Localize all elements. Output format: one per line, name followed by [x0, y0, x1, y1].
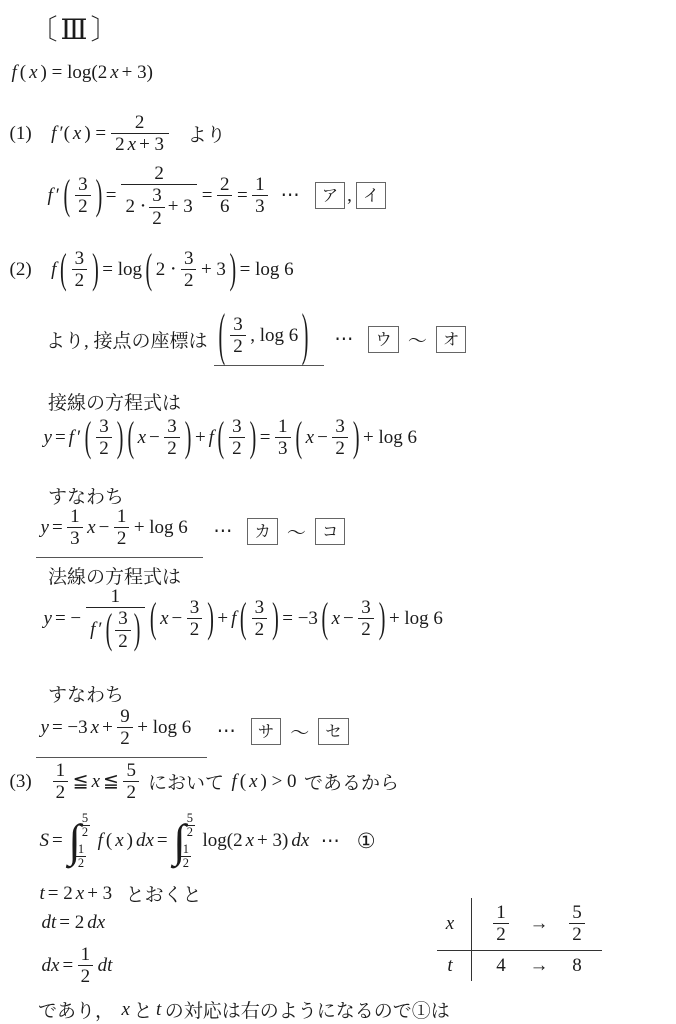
numerator: 3 — [149, 185, 165, 206]
math-token: − — [172, 608, 183, 630]
math-token: y — [44, 427, 52, 449]
circled-one: ① — [357, 829, 376, 854]
denominator: 2 — [96, 437, 112, 459]
fraction: 2 2 x + 3 — [111, 112, 169, 156]
part-label: (1) — [10, 123, 32, 145]
math-token: , — [347, 185, 352, 207]
denominator: 2 — [493, 923, 509, 945]
denominator: 2 — [164, 437, 180, 459]
denominator: 2 — [358, 618, 374, 640]
leq-sign: ≦ — [73, 770, 89, 793]
math-token: ( — [20, 62, 26, 84]
math-token: ) > 0 — [261, 771, 297, 793]
math-token: ) — [127, 830, 133, 852]
right-paren: ) — [250, 417, 257, 459]
math-token: = — [237, 185, 248, 207]
math-token: + — [217, 608, 228, 630]
math-token: + log 6 — [363, 427, 417, 449]
math-token: ) = — [84, 123, 106, 145]
integral: ∫ 5 2 1 2 — [68, 812, 92, 870]
math-token: x — [138, 427, 146, 449]
fraction: 1 2 — [493, 902, 509, 946]
fraction: 3 2 — [115, 608, 131, 652]
math-token: − — [149, 427, 160, 449]
denominator: 2 — [53, 781, 69, 803]
math-token: 2 ⋅ — [156, 258, 177, 281]
answer-box: コ — [315, 518, 346, 545]
right-paren: ) — [92, 249, 99, 291]
fraction: 1 2 — [114, 506, 130, 550]
math-token: , log 6 — [250, 325, 298, 347]
numerator: 2 — [132, 112, 148, 133]
math-token: t — [156, 999, 161, 1021]
underlined-answer: ( 3 2 , log 6 ) — [214, 314, 325, 366]
arrow-right-icon: → — [520, 913, 558, 935]
math-token: x — [87, 517, 95, 539]
numerator: 3 — [75, 174, 91, 195]
fraction: 3 2 — [181, 248, 197, 292]
table-cell: 1 2 — [482, 902, 520, 946]
math-token: f — [48, 185, 53, 207]
math-token: + 3 — [139, 134, 164, 155]
math-token: y — [44, 608, 52, 630]
fraction: 1 3 — [252, 174, 268, 218]
math-token: = −3 — [282, 608, 318, 630]
part2-value-line: (2) f ( 3 2 ) = log ( 2 ⋅ 3 2 + 3 ) = lo… — [8, 248, 295, 292]
fraction: 3 2 — [187, 597, 203, 641]
math-token: x — [29, 62, 37, 84]
math-token: = — [52, 517, 63, 539]
dt-line: dt = 2 dx — [40, 912, 107, 934]
math-token: dx — [291, 830, 309, 852]
math-token: + log 6 — [134, 517, 188, 539]
part1-derivative-line: (1) f ′( x ) = 2 2 x + 3 より — [8, 112, 232, 156]
math-token: + log 6 — [389, 608, 443, 630]
left-paren: ( — [106, 609, 113, 651]
denominator: 2 — [230, 335, 246, 357]
fraction: 1 2 — [53, 760, 69, 804]
part3-domain-line: (3) 1 2 ≦ x ≦ 5 2 において f ( x ) > 0 であるから — [8, 760, 405, 804]
arrow-right-icon: → — [520, 955, 558, 977]
normal-equation: y = − 1 f ′ ( 3 2 ) ( x − 3 2 ) + f ( — [42, 586, 444, 652]
numerator: 5 — [80, 812, 90, 825]
numerator: 2 — [217, 174, 233, 195]
fraction: 3 2 — [230, 314, 246, 358]
left-paren: ( — [63, 175, 70, 217]
denominator: 2 — [115, 630, 131, 652]
denominator: 3 — [275, 437, 291, 459]
table-cell: 8 — [558, 955, 596, 977]
math-token: = log 6 — [240, 259, 294, 281]
left-paren: ( — [321, 598, 328, 640]
math-token: = 2 — [48, 883, 73, 905]
math-token: = — [52, 830, 63, 852]
tilde-range: ～ — [408, 326, 427, 353]
numerator: 5 — [185, 812, 195, 825]
table-var-t: t — [437, 951, 472, 981]
denominator: 2 — [229, 437, 245, 459]
left-paren: ( — [85, 417, 92, 459]
tilde-range: ～ — [290, 718, 309, 745]
table-cell: 5 2 — [558, 902, 596, 946]
right-paren: ) — [379, 598, 386, 640]
math-token: x — [160, 608, 168, 630]
left-paren: ( — [296, 417, 303, 459]
answer-box: イ — [356, 182, 387, 209]
answer-box: セ — [318, 718, 349, 745]
denominator: 3 — [67, 527, 83, 549]
numerator: 1 — [493, 902, 509, 923]
jp-text: より — [188, 120, 226, 147]
math-token: ( — [106, 830, 112, 852]
numerator: 3 — [181, 248, 197, 269]
integral-lower-bound: 1 2 — [181, 843, 191, 870]
section-heading-text: 〔Ⅲ〕 — [30, 8, 122, 48]
table-cell: 4 — [482, 955, 520, 977]
math-token: f — [90, 619, 95, 640]
tangent-caption: 接線の方程式は — [42, 388, 187, 415]
math-token: + 3) — [122, 62, 153, 84]
fraction: 1 2 — [78, 944, 94, 988]
math-token: dx — [136, 830, 154, 852]
denominator: 2 — [75, 195, 91, 217]
math-token: + 3) — [257, 830, 288, 852]
math-token: S — [40, 830, 50, 852]
math-token: ) = log(2 — [41, 62, 108, 84]
denominator: 2 — [72, 269, 88, 291]
table-values-x: 1 2 → 5 2 — [472, 898, 602, 950]
math-token: ′( — [59, 123, 69, 145]
math-token: = −3 — [52, 717, 88, 739]
math-token: 2 ⋅ — [126, 196, 147, 217]
math-token: x — [73, 123, 81, 145]
answer-box: ウ — [368, 326, 399, 353]
denominator: 2 x + 3 — [111, 133, 169, 155]
numerator: 5 — [123, 760, 139, 781]
ellipsis-dots: ⋯ — [281, 184, 301, 207]
numerator: 3 — [72, 248, 88, 269]
jp-text: であるから — [304, 768, 399, 795]
section-heading: 〔Ⅲ〕 — [28, 8, 123, 48]
numerator: 3 — [332, 416, 348, 437]
denominator: 2 — [332, 437, 348, 459]
integral-lower-bound: 1 2 — [76, 843, 86, 870]
table-var-x: x — [437, 898, 472, 950]
integral: ∫ 5 2 1 2 — [173, 812, 197, 870]
jp-text: 接線の方程式は — [48, 388, 181, 415]
denominator: 2 — [181, 856, 191, 870]
math-token: = log — [102, 259, 142, 281]
jp-text: すなわち — [48, 482, 124, 509]
math-token: + 3 — [87, 883, 112, 905]
math-token: x — [92, 771, 100, 793]
function-definition: f ( x ) = log(2 x + 3) — [10, 62, 154, 84]
numerator: 2 — [151, 163, 167, 184]
numerator: 1 — [275, 416, 291, 437]
part-label: (2) — [10, 259, 32, 281]
math-token: ( — [240, 771, 246, 793]
numerator: 3 — [96, 416, 112, 437]
numerator: 3 — [164, 416, 180, 437]
right-paren: ) — [353, 417, 360, 459]
integral-upper-bound: 5 2 — [185, 812, 195, 839]
tangent-equation: y = f ′ ( 3 2 ) ( x − 3 2 ) + f ( 3 2 ) … — [42, 416, 419, 460]
numerator: 1 — [76, 843, 86, 856]
denominator: 2 — [114, 527, 130, 549]
math-token: = — [260, 427, 271, 449]
math-token: dx — [87, 912, 105, 934]
math-token: x — [115, 830, 123, 852]
fraction: 3 2 — [332, 416, 348, 460]
math-token: f — [98, 830, 103, 852]
substitution-line: t = 2 x + 3 とおくと — [38, 880, 208, 907]
math-token: f — [231, 608, 236, 630]
correspondence-table: x 1 2 → 5 2 t 4 — [437, 898, 602, 981]
numerator: 3 — [115, 608, 131, 629]
left-paren: ( — [127, 417, 134, 459]
right-paren: ) — [229, 249, 236, 291]
part2-point-line: より, 接点の座標は ( 3 2 , log 6 ) ⋯ ウ ～ オ — [40, 314, 470, 366]
integral-upper-bound: 5 2 — [80, 812, 90, 839]
denominator: 2 — [117, 727, 133, 749]
math-token: = − — [55, 608, 81, 630]
math-solution-page: 〔Ⅲ〕 f ( x ) = log(2 x + 3) (1) f ′( x ) … — [0, 0, 676, 1024]
math-token: dt — [42, 912, 57, 934]
math-token: f — [51, 123, 56, 145]
dx-line: dx = 1 2 dt — [40, 944, 114, 988]
denominator: 2 — [569, 923, 585, 945]
math-token: f — [69, 427, 74, 449]
math-token: = — [106, 185, 117, 207]
math-token: x — [91, 717, 99, 739]
jp-text: の対応は右のようになるので①は — [165, 996, 450, 1023]
math-token: − — [99, 517, 110, 539]
math-token: = — [202, 185, 213, 207]
left-paren: ( — [240, 598, 247, 640]
numerator: 1 — [114, 506, 130, 527]
math-token: + 3 — [168, 196, 193, 217]
numerator: 5 — [569, 902, 585, 923]
denominator: 2 — [187, 618, 203, 640]
right-paren: ) — [272, 598, 279, 640]
fraction: 9 2 — [117, 706, 133, 750]
fraction: 5 2 — [123, 760, 139, 804]
fraction: 3 2 — [229, 416, 245, 460]
math-token: f — [231, 771, 236, 793]
integral-bounds: 5 2 1 2 — [78, 812, 88, 870]
fraction: 1 f ′ ( 3 2 ) — [86, 586, 145, 652]
fraction: 2 6 — [217, 174, 233, 218]
answer-box: サ — [251, 718, 282, 745]
math-token: x — [332, 608, 340, 630]
math-token: x — [76, 883, 84, 905]
right-paren: ) — [117, 417, 124, 459]
numerator: 3 — [229, 416, 245, 437]
right-paren: ) — [96, 175, 103, 217]
fraction: 3 2 — [149, 185, 165, 229]
table-row-t: t 4 → 8 — [437, 951, 602, 981]
math-token: f — [12, 62, 17, 84]
math-token: = 2 — [59, 912, 84, 934]
math-token: + — [102, 717, 113, 739]
math-token: 2 — [115, 134, 125, 155]
jp-text: 法線の方程式は — [48, 562, 181, 589]
numerator: 1 — [252, 174, 268, 195]
math-token: dt — [98, 955, 113, 977]
math-token: x — [110, 62, 118, 84]
numerator: 1 — [108, 586, 124, 607]
fraction: 2 2 ⋅ 3 2 + 3 — [121, 163, 197, 229]
denominator: 2 — [123, 781, 139, 803]
fraction: 3 2 — [75, 174, 91, 218]
answer-box: カ — [247, 518, 278, 545]
denominator: 2 — [78, 965, 94, 987]
denominator: f ′ ( 3 2 ) — [86, 607, 145, 652]
jp-text: と — [133, 996, 152, 1023]
prime-mark: ′ — [98, 619, 102, 640]
denominator: 2 — [80, 825, 90, 839]
left-paren: ( — [219, 307, 226, 365]
numerator: 3 — [358, 597, 374, 618]
left-paren: ( — [146, 249, 153, 291]
fraction: 1 3 — [275, 416, 291, 460]
fraction: 3 2 — [252, 597, 268, 641]
left-paren: ( — [217, 417, 224, 459]
right-paren: ) — [134, 609, 141, 651]
denominator: 2 — [181, 269, 197, 291]
jp-text: であり， — [38, 996, 114, 1023]
left-paren: ( — [150, 598, 157, 640]
left-paren: ( — [60, 249, 67, 291]
answer-box: ア — [315, 182, 346, 209]
fraction: 3 2 — [164, 416, 180, 460]
math-token: x — [122, 999, 130, 1021]
numerator: 1 — [78, 944, 94, 965]
underlined-answer: y = 1 3 x − 1 2 + log 6 — [36, 506, 203, 558]
math-token: = — [62, 955, 73, 977]
part-label: (3) — [10, 771, 32, 793]
table-row-x: x 1 2 → 5 2 — [437, 898, 602, 951]
right-paren: ) — [185, 417, 192, 459]
sunawachi-caption: すなわち — [42, 680, 130, 707]
math-token: x — [246, 830, 254, 852]
normal-caption: 法線の方程式は — [42, 562, 187, 589]
math-token: dx — [42, 955, 60, 977]
fraction: 5 2 — [569, 902, 585, 946]
sunawachi-caption: すなわち — [42, 482, 130, 509]
math-token: f — [51, 259, 56, 281]
math-token: + log 6 — [137, 717, 191, 739]
tilde-range: ～ — [287, 518, 306, 545]
denominator: 2 ⋅ 3 2 + 3 — [121, 184, 197, 229]
math-token: y — [41, 517, 49, 539]
ellipsis-dots: ⋯ — [217, 720, 237, 743]
right-paren: ) — [207, 598, 214, 640]
normal-result-line: y = −3 x + 9 2 + log 6 ⋯ サ ～ セ — [36, 706, 353, 758]
numerator: 1 — [53, 760, 69, 781]
fraction: 3 2 — [72, 248, 88, 292]
math-token: log(2 — [202, 830, 242, 852]
part3-integral-line: S = ∫ 5 2 1 2 f ( x ) dx = ∫ — [38, 812, 376, 870]
numerator: 3 — [230, 314, 246, 335]
denominator: 2 — [185, 825, 195, 839]
math-token: − — [343, 608, 354, 630]
denominator: 2 — [149, 207, 165, 229]
fraction: 1 3 — [67, 506, 83, 550]
closing-line: であり， x と t の対応は右のようになるので①は — [38, 996, 452, 1023]
math-token: x — [128, 134, 136, 155]
table-values-t: 4 → 8 — [472, 951, 602, 981]
jp-text: すなわち — [48, 680, 124, 707]
ellipsis-dots: ⋯ — [213, 520, 233, 543]
math-token: + — [195, 427, 206, 449]
denominator: 6 — [217, 195, 233, 217]
right-paren: ) — [302, 307, 309, 365]
math-token: t — [40, 883, 45, 905]
numerator: 3 — [252, 597, 268, 618]
jp-text: において — [148, 768, 224, 795]
fraction: 3 2 — [96, 416, 112, 460]
numerator: 3 — [187, 597, 203, 618]
math-token: y — [41, 717, 49, 739]
jp-text: とおくと — [126, 880, 202, 907]
denominator: 2 — [76, 856, 86, 870]
math-token: x — [306, 427, 314, 449]
integral-bounds: 5 2 1 2 — [183, 812, 193, 870]
ellipsis-dots: ⋯ — [321, 830, 341, 853]
numerator: 1 — [67, 506, 83, 527]
math-token: f — [209, 427, 214, 449]
math-token: = — [157, 830, 168, 852]
prime-mark: ′ — [56, 185, 60, 207]
ellipsis-dots: ⋯ — [334, 328, 354, 351]
math-token: x — [249, 771, 257, 793]
math-token: = — [55, 427, 66, 449]
numerator: 1 — [181, 843, 191, 856]
math-token: − — [317, 427, 328, 449]
part1-evaluation-line: f ′ ( 3 2 ) = 2 2 ⋅ 3 2 + 3 = 2 6 = 1 — [46, 163, 390, 229]
denominator: 2 — [252, 618, 268, 640]
underlined-answer: y = −3 x + 9 2 + log 6 — [36, 706, 207, 758]
answer-box: オ — [436, 326, 467, 353]
jp-text: より, 接点の座標は — [46, 326, 208, 353]
math-token: + 3 — [201, 259, 226, 281]
denominator: 3 — [252, 195, 268, 217]
leq-sign: ≦ — [103, 770, 119, 793]
prime-mark: ′ — [77, 427, 81, 449]
numerator: 9 — [117, 706, 133, 727]
tangent-result-line: y = 1 3 x − 1 2 + log 6 ⋯ カ ～ コ — [36, 506, 349, 558]
fraction: 3 2 — [358, 597, 374, 641]
